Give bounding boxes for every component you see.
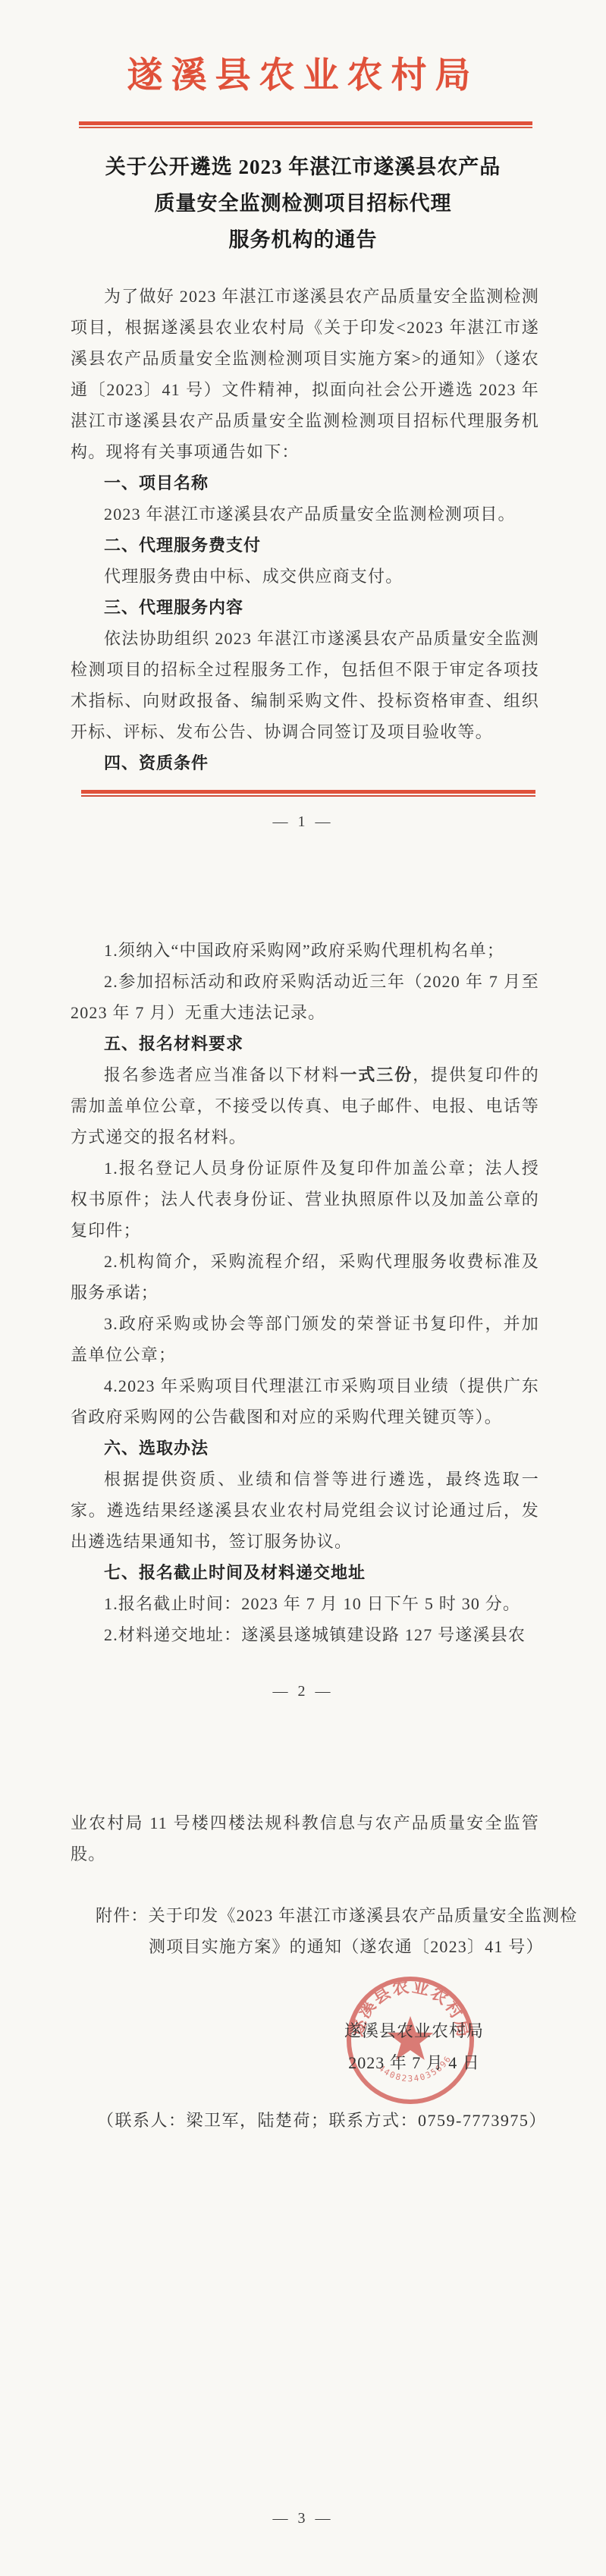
page-number-1: — 1 —	[0, 813, 606, 831]
document-title-line3: 服务机构的通告	[0, 222, 606, 258]
section7-item2-part2: 业农村局 11 号楼四楼法规科教信息与农产品质量安全监管股。	[71, 1807, 539, 1870]
section3-heading: 三、代理服务内容	[71, 592, 539, 623]
contact-info: （联系人：梁卫军，陆楚荷；联系方式：0759-7773975）	[97, 2108, 547, 2131]
section7-item1: 1.报名截止时间：2023 年 7 月 10 日下午 5 时 30 分。	[71, 1588, 539, 1619]
section5-heading: 五、报名材料要求	[71, 1028, 539, 1059]
scanned-official-notice: 遂溪县农业农村局 关于公开遴选 2023 年湛江市遂溪县农产品 质量安全监测检测…	[0, 0, 606, 2576]
page-number-2: — 2 —	[0, 1683, 606, 1700]
page3-body: 业农村局 11 号楼四楼法规科教信息与农产品质量安全监管股。	[71, 1807, 539, 1870]
section5-item1: 1.报名登记人员身份证原件及复印件加盖公章；法人授权书原件；法人代表身份证、营业…	[71, 1153, 539, 1246]
signature-date: 2023 年 7 月 4 日	[331, 2050, 498, 2074]
signature-org: 遂溪县农业农村局	[331, 2018, 498, 2042]
document-title-line1: 关于公开遴选 2023 年湛江市遂溪县农产品	[0, 149, 606, 185]
section2-text: 代理服务费由中标、成交供应商支付。	[71, 561, 539, 592]
section5-intro-bold: 一式三份	[340, 1065, 413, 1084]
attachment-note: 附件：关于印发《2023 年湛江市遂溪县农产品质量安全监测检测项目实施方案》的通…	[96, 1900, 587, 1962]
section6-text: 根据提供资质、业绩和信誉等进行遴选，最终选取一家。遴选结果经遂溪县农业农村局党组…	[71, 1464, 539, 1557]
section6-heading: 六、选取办法	[71, 1433, 539, 1464]
section4-item2: 2.参加招标活动和政府采购活动近三年（2020 年 7 月至 2023 年 7 …	[71, 966, 539, 1028]
section1-text: 2023 年湛江市遂溪县农产品质量安全监测检测项目。	[71, 499, 539, 530]
document-title: 关于公开遴选 2023 年湛江市遂溪县农产品 质量安全监测检测项目招标代理 服务…	[0, 149, 606, 258]
attachment-label: 附件：	[96, 1906, 149, 1925]
section5-item3: 3.政府采购或协会等部门颁发的荣誉证书复印件，并加盖单位公章；	[71, 1308, 539, 1370]
intro-paragraph: 为了做好 2023 年湛江市遂溪县农产品质量安全监测检测项目，根据遂溪县农业农村…	[71, 281, 539, 467]
section5-intro: 报名参选者应当准备以下材料一式三份，提供复印件的需加盖单位公章，不接受以传真、电…	[71, 1059, 539, 1153]
section3-text: 依法协助组织 2023 年湛江市遂溪县农产品质量安全监测检测项目的招标全过程服务…	[71, 623, 539, 747]
section2-heading: 二、代理服务费支付	[71, 530, 539, 561]
page-number-3: — 3 —	[0, 2510, 606, 2527]
document-title-line2: 质量安全监测检测项目招标代理	[0, 185, 606, 222]
section5-item2: 2.机构简介，采购流程介绍，采购代理服务收费标准及服务承诺；	[71, 1246, 539, 1308]
section4-heading: 四、资质条件	[71, 747, 539, 778]
letterhead-rule	[79, 121, 532, 128]
section5-intro-pre: 报名参选者应当准备以下材料	[104, 1065, 340, 1084]
section5-item4: 4.2023 年采购项目代理湛江市采购项目业绩（提供广东省政府采购网的公告截图和…	[71, 1370, 539, 1433]
page2-body: 1.须纳入“中国政府采购网”政府采购代理机构名单； 2.参加招标活动和政府采购活…	[71, 935, 539, 1650]
section4-item1: 1.须纳入“中国政府采购网”政府采购代理机构名单；	[71, 935, 539, 966]
section7-item2-part1: 2.材料递交地址：遂溪县遂城镇建设路 127 号遂溪县农	[71, 1619, 539, 1650]
section1-heading: 一、项目名称	[71, 467, 539, 499]
attachment-text: 关于印发《2023 年湛江市遂溪县农产品质量安全监测检测项目实施方案》的通知（遂…	[149, 1906, 578, 1956]
page1-footer-rule	[81, 790, 535, 797]
section7-heading: 七、报名截止时间及材料递交地址	[71, 1557, 539, 1588]
page1-body: 为了做好 2023 年湛江市遂溪县农产品质量安全监测检测项目，根据遂溪县农业农村…	[71, 281, 539, 778]
letterhead-org-name: 遂溪县农业农村局	[0, 47, 606, 98]
